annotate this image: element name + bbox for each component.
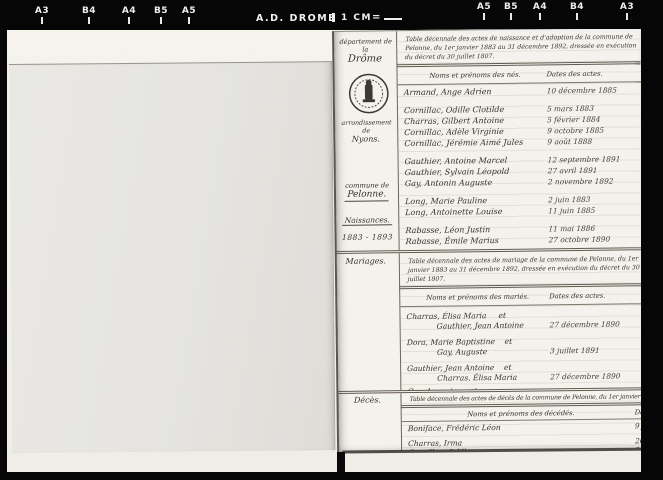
spouses-names: Dora, Marie Baptistine et Gay, Auguste [401,336,550,358]
record-date: 27 décembre 1890 [549,319,644,330]
marriages-rows: Charras, Élisa Maria et Gauthier, Jean A… [400,304,645,391]
record-name: Long, Antoinette Louise [399,205,548,218]
marriages-section: Mariages. Table décennale des actes de m… [337,247,646,391]
ruler-tick [626,13,628,20]
column-header-names: Noms et prénoms des décédés. [402,408,635,419]
births-table: Table décennale des actes de naissance e… [396,28,644,250]
ruler-mark-label: A4 [530,2,550,12]
deaths-title: Table décennale des actes de décès de la… [401,389,646,408]
ruler-mark: A5 [474,2,494,20]
marriage-record-row: Gauthier, Jean Antoine et Charras, Élisa… [401,361,645,384]
column-header-names: Noms et prénoms des nés. [397,70,546,80]
deaths-table: Table décennale des actes de décès de la… [400,389,646,451]
spouses-names: Charras, Élisa Maria et Gauthier, Jean A… [400,310,549,332]
birth-record-row: Cornillac, Jérémie Aimé Jules 9 août 188… [398,135,642,149]
film-right-edge [641,0,663,480]
record-name: Boniface, Frédéric Léon [402,421,635,433]
births-title: Table décennale des actes de naissance e… [397,28,642,67]
ruler-mark-label: A3 [617,2,637,12]
record-date: 27 décembre 1890 [550,371,645,382]
spouse-line2: Gay, Auguste [407,346,550,358]
record-name: Armand, Ange Adrien [398,85,547,98]
ruler-mark-label: B5 [501,2,521,12]
marriages-table: Table décennale des actes de mariage de … [399,250,646,390]
births-section: département de la Drôme arrondissement d… [334,28,644,251]
record-date: 3 juillet 1891 [550,345,645,356]
register-page: département de la Drôme arrondissement d… [332,27,646,452]
ruler-tick [539,13,541,20]
record-date: 9 août 1888 [547,135,642,147]
ruler-mark: A3 [617,2,637,20]
deaths-section: Décès. Table décennale des actes de décè… [338,387,646,452]
record-date: 27 octobre 1890 [548,233,643,245]
deaths-margin: Décès. [338,393,401,452]
ruler-mark-label: B4 [567,2,587,12]
film-bottom-bar [0,472,663,480]
margin-note-births: Naissances. [338,215,396,226]
birth-record-row: Armand, Ange Adrien 10 décembre 1885 [398,84,642,98]
birth-record-row: Long, Antoinette Louise 11 juin 1885 [399,204,643,218]
deaths-rows: Boniface, Frédéric Léon 9 janvier 1885 C… [402,418,646,452]
column-header-dates: Dates des actes. [546,69,641,78]
marriages-margin: Mariages. [337,253,401,391]
margin-note-deaths: Décès. [338,395,396,405]
marriage-record-row: Dora, Marie Baptistine et Gay, Auguste 3… [401,335,645,358]
ruler-mark: B4 [567,2,587,20]
column-header-dates: Dates des actes. [549,291,644,300]
film-ruler-bar: A3 B4 A4 B5 A5 A.D. DROME 1 CM = A5 B5 A… [0,0,663,29]
page-binding-divider [337,452,345,472]
archive-stamp-icon [347,70,390,117]
margin-note-commune: commune de Pelonne. [338,181,397,202]
margin-note-years: 1883 - 1893 [338,232,396,242]
ruler-tick [576,13,578,20]
ruler-tick [510,13,512,20]
spouses-names: Gauthier, Jean Antoine et Charras, Élisa… [401,362,550,384]
spouse-line2: Gauthier, Jean Antoine [406,320,549,332]
ruler-marks-right: A5 B5 A4 B4 A3 [0,0,663,29]
birth-record-row: Gay, Antonin Auguste 2 novembre 1892 [399,175,643,189]
births-rows: Armand, Ange Adrien 10 décembre 1885 Cor… [398,82,644,247]
record-date: 10 décembre 1885 [547,84,642,96]
ruler-mark: A4 [530,2,550,20]
margin-note-arrondissement: arrondissement de Nyons. [337,119,396,144]
ruler-mark-label: A5 [474,2,494,12]
record-date: 11 juin 1885 [548,204,643,216]
record-name: Cornillac, Jérémie Aimé Jules [398,136,547,149]
marriages-title: Table décennale des actes de mariage de … [399,250,644,289]
record-name: Gay, Antonin Auguste [399,176,548,189]
margin-note-department: département de la Drôme [336,37,395,66]
death-record-row: Boniface, Frédéric Léon 9 janvier 1885 [402,420,646,434]
ruler-tick [483,13,485,20]
blank-verso-page [9,61,335,453]
record-name: Rabasse, Émile Marius [399,234,548,247]
spouse-line2: Charras, Élisa Maria [407,372,550,384]
column-header-names: Noms et prénoms des mariés. [400,292,549,302]
record-date: 2 novembre 1892 [548,175,643,187]
ruler-mark: B5 [501,2,521,20]
marriage-record-row: Charras, Élisa Maria et Gauthier, Jean A… [400,309,644,332]
margin-note-marriages: Mariages. [337,256,395,266]
birth-record-row: Rabasse, Émile Marius 27 octobre 1890 [400,233,644,247]
births-margin: département de la Drôme arrondissement d… [334,31,399,251]
